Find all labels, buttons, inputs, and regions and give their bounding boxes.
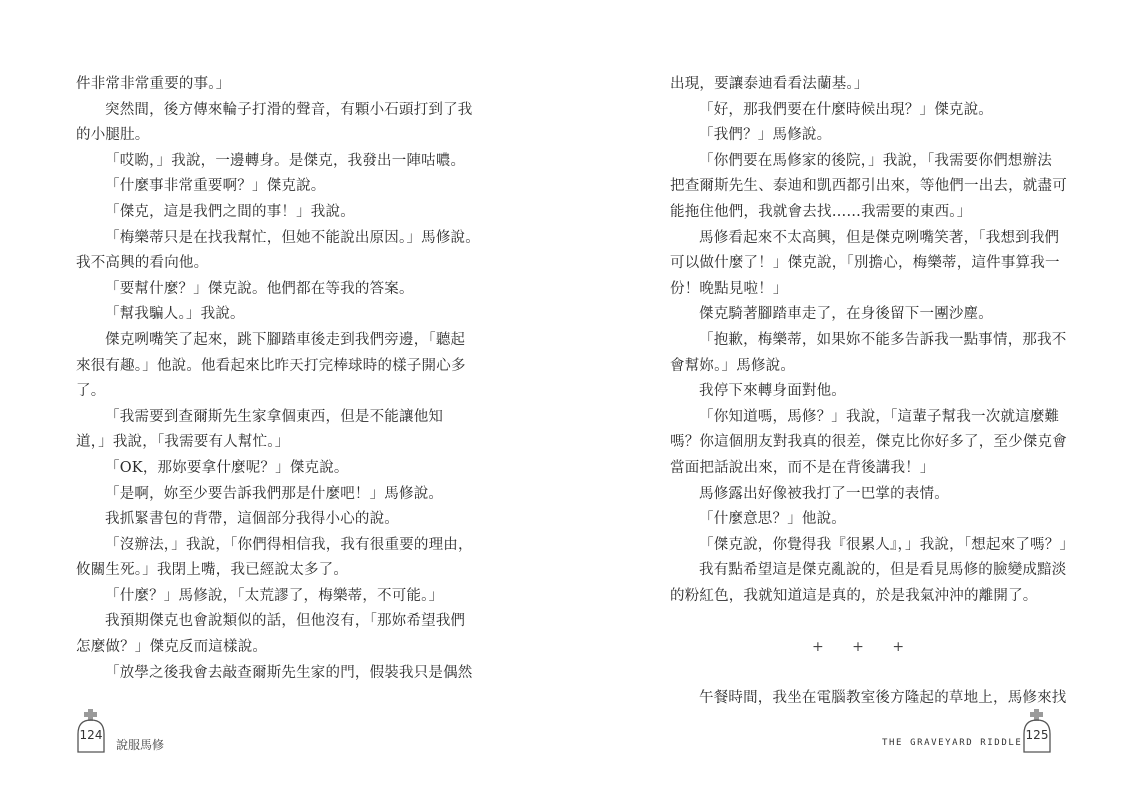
text-line: 「梅樂蒂只是在找我幫忙，但她不能說出原因。」馬修說。	[76, 226, 464, 252]
text-line: 「我們？」馬修說。	[670, 123, 1058, 149]
text-line: 「你們要在馬修家的後院，」我說，「我需要你們想辦法	[670, 149, 1058, 175]
blank-line	[670, 609, 1058, 635]
right-page-body: 出現，要讓泰迪看看法蘭基。」 「好，那我們要在什麼時候出現？」傑克說。 「我們？…	[670, 72, 1058, 712]
text-line: 道，」我說，「我需要有人幫忙。」	[76, 430, 464, 456]
text-line: 「什麼事非常重要啊？」傑克說。	[76, 174, 464, 200]
text-line: 能拖住他們，我就會去找……我需要的東西。」	[670, 200, 1058, 226]
text-line: 「要幫什麼？」傑克說。他們都在等我的答案。	[76, 277, 464, 303]
text-line: 「你知道嗎，馬修？」我說，「這輩子幫我一次就這麼難	[670, 405, 1058, 431]
text-line: 我有點希望這是傑克亂說的，但是看見馬修的臉變成黯淡	[670, 558, 1058, 584]
text-line: 傑克騎著腳踏車走了，在身後留下一團沙塵。	[670, 302, 1058, 328]
blank-line	[670, 661, 1058, 687]
running-title: 說服馬修	[116, 736, 164, 753]
text-line: 「傑克，這是我們之間的事！」我說。	[76, 200, 464, 226]
right-page-footer: THE GRAVEYARD RIDDLE 125	[870, 708, 1060, 768]
text-line: 馬修露出好像被我打了一巴掌的表情。	[670, 482, 1058, 508]
text-line: 了。	[76, 379, 464, 405]
tombstone-page-number: 124	[74, 708, 108, 754]
text-line: 馬修看起來不太高興，但是傑克咧嘴笑著，「我想到我們	[670, 226, 1058, 252]
text-line: 「OK，那妳要拿什麼呢？」傑克說。	[76, 456, 464, 482]
text-line: 「傑克說，你覺得我『很累人』，」我說，「想起來了嗎？」	[670, 533, 1058, 559]
tombstone-page-number: 125	[1020, 708, 1054, 754]
text-line: 「沒辦法，」我說，「你們得相信我，我有很重要的理由，	[76, 533, 464, 559]
text-line: 「什麼意思？」他說。	[670, 507, 1058, 533]
text-line: 傑克咧嘴笑了起來，跳下腳踏車後走到我們旁邊，「聽起	[76, 328, 464, 354]
text-line: 「抱歉，梅樂蒂，如果妳不能多告訴我一點事情，那我不	[670, 328, 1058, 354]
section-break: + + +	[670, 635, 1058, 661]
text-line: 的粉紅色，我就知道這是真的，於是我氣沖沖的離開了。	[670, 584, 1058, 610]
text-line: 「我需要到查爾斯先生家拿個東西，但是不能讓他知	[76, 405, 464, 431]
text-line: 怎麼做？」傑克反而這樣說。	[76, 635, 464, 661]
text-line: 當面把話說出來，而不是在背後講我！」	[670, 456, 1058, 482]
text-line: 突然間，後方傳來輪子打滑的聲音，有顆小石頭打到了我	[76, 98, 464, 124]
text-line: 嗎？你這個朋友對我真的很差，傑克比你好多了，至少傑克會	[670, 430, 1058, 456]
text-line: 「幫我騙人。」我說。	[76, 302, 464, 328]
text-line: 我預期傑克也會說類似的話，但他沒有，「那妳希望我們	[76, 609, 464, 635]
text-line: 我抓緊書包的背帶，這個部分我得小心的說。	[76, 507, 464, 533]
text-line: 把查爾斯先生、泰迪和凱西都引出來，等他們一出去，就盡可	[670, 174, 1058, 200]
text-line: 「好，那我們要在什麼時候出現？」傑克說。	[670, 98, 1058, 124]
text-line: 「哎喲，」我說，一邊轉身。是傑克，我發出一陣咕噥。	[76, 149, 464, 175]
text-line: 「什麼？」馬修說，「太荒謬了，梅樂蒂，不可能。」	[76, 584, 464, 610]
text-line: 可以做什麼了！」傑克說，「別擔心，梅樂蒂，這件事算我一	[670, 251, 1058, 277]
page-number: 125	[1020, 728, 1054, 742]
text-line: 出現，要讓泰迪看看法蘭基。」	[670, 72, 1058, 98]
text-line: 我停下來轉身面對他。	[670, 379, 1058, 405]
text-line: 「放學之後我會去敲查爾斯先生家的門，假裝我只是偶然	[76, 661, 464, 687]
text-line: 攸關生死。」我閉上嘴，我已經說太多了。	[76, 558, 464, 584]
text-line: 來很有趣。」他說。他看起來比昨天打完棒球時的樣子開心多	[76, 354, 464, 380]
left-page-body: 件非常非常重要的事。」 突然間，後方傳來輪子打滑的聲音，有顆小石頭打到了我 的小…	[76, 72, 464, 686]
page-number: 124	[74, 728, 108, 742]
text-line: 件非常非常重要的事。」	[76, 72, 464, 98]
text-line: 「是啊，妳至少要告訴我們那是什麼吧！」馬修說。	[76, 482, 464, 508]
running-title: THE GRAVEYARD RIDDLE	[882, 738, 1022, 748]
text-line: 的小腿肚。	[76, 123, 464, 149]
text-line: 會幫妳。」馬修說。	[670, 354, 1058, 380]
text-line: 我不高興的看向他。	[76, 251, 464, 277]
text-line: 份！晚點見啦！」	[670, 277, 1058, 303]
